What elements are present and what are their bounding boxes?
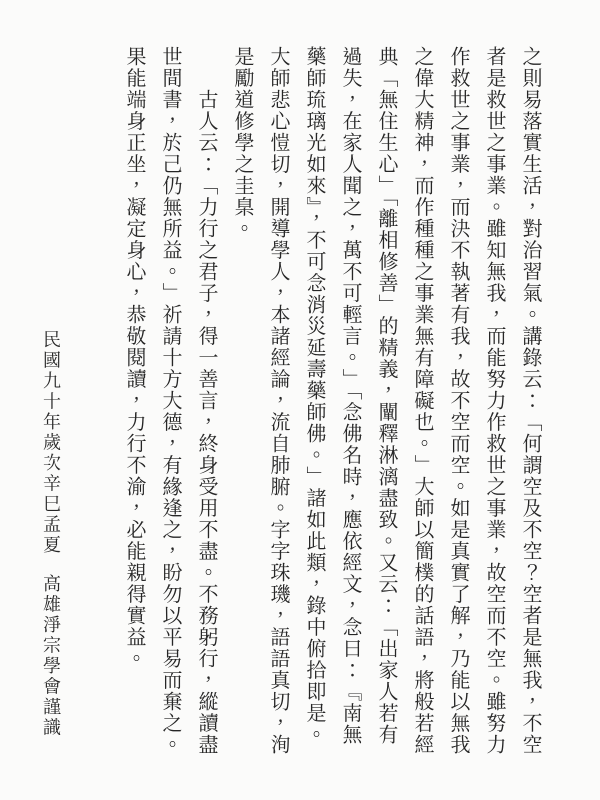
document-page: 之則易落實生活，對治習氣。講錄云：「何謂空及不空？空者是無我，不空者是救世之事業… [0,0,600,800]
colophon-date: 民國九十年歲次辛巳孟夏 [41,330,61,556]
colophon-signature: 高雄淨宗學會謹識 [41,574,61,738]
paragraph-exhortation: 古人云：「力行之君子，得一善言，終身受用不盡。不務躬行，縱讀盡世間書，於己仍無所… [116,46,224,758]
colophon: 民國九十年歲次辛巳孟夏高雄淨宗學會謹識 [39,330,63,770]
body-text: 之則易落實生活，對治習氣。講錄云：「何謂空及不空？空者是無我，不空者是救世之事業… [116,46,548,758]
paragraph-continuation: 之則易落實生活，對治習氣。講錄云：「何謂空及不空？空者是無我，不空者是救世之事業… [224,46,548,758]
